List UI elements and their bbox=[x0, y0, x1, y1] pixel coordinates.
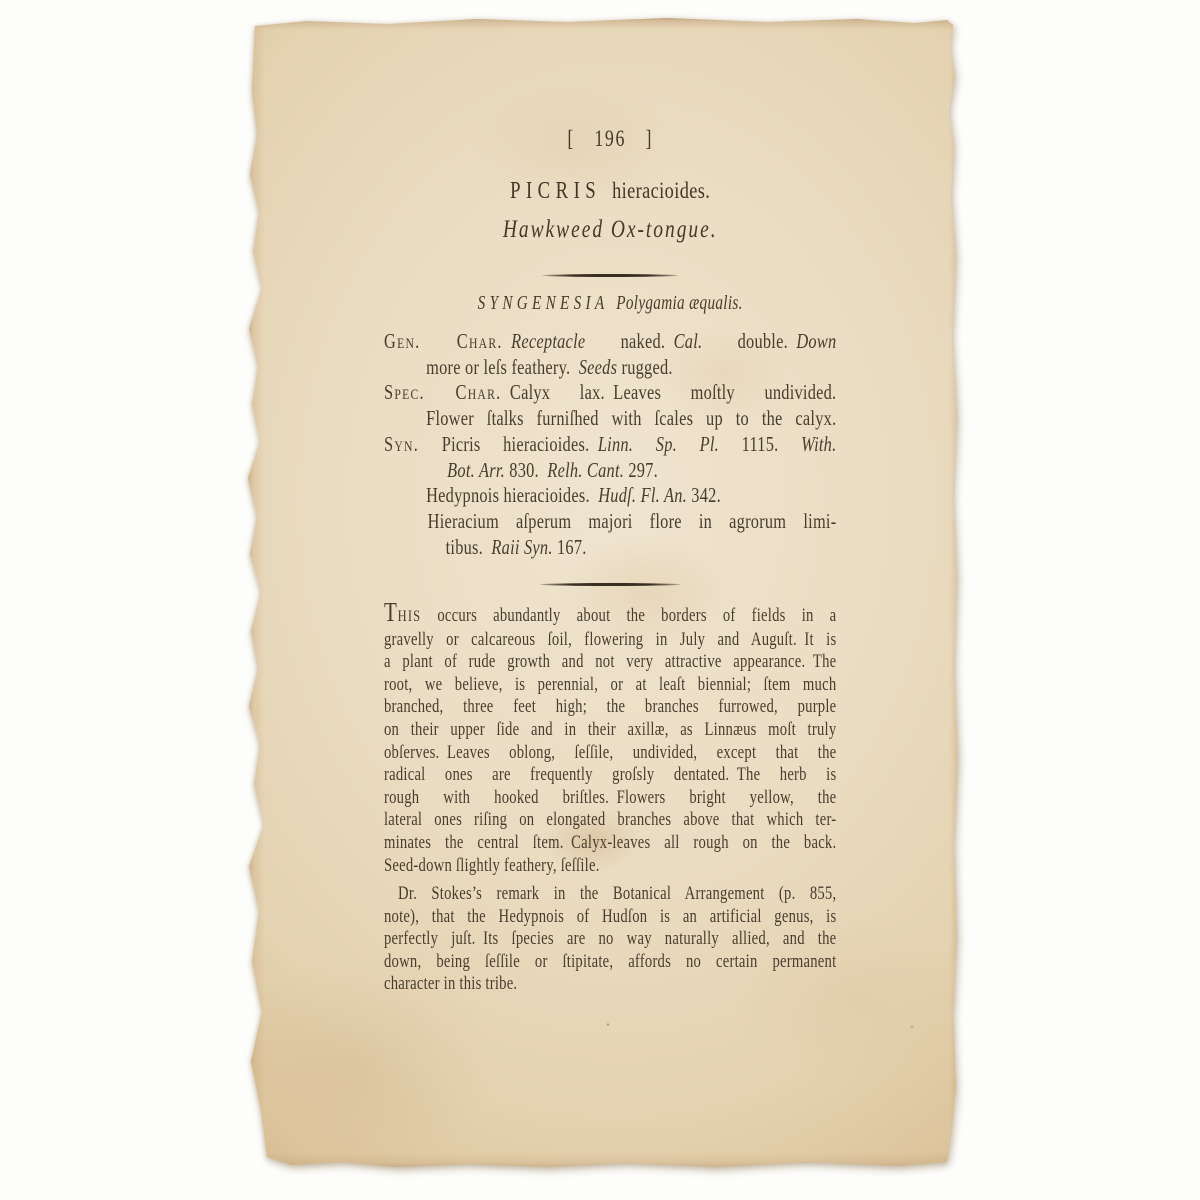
description-paragraph-1: THIS occurs abundantly about the borders… bbox=[384, 605, 836, 877]
text-line: radical ones are frequently groſsly dent… bbox=[384, 764, 836, 787]
common-name: Hawkweed Ox-tongue. bbox=[384, 216, 836, 244]
text-line: gravelly or calcareous ſoil, flowering i… bbox=[384, 629, 836, 652]
text-line: Dr. Stokes’s remark in the Botanical Arr… bbox=[384, 883, 836, 906]
text-line: Hedypnois hieracioides. Hudſ. Fl. An. 34… bbox=[384, 483, 836, 509]
text-line: Bot. Arr. 830. Relh. Cant. 297. bbox=[384, 458, 836, 484]
text-line: Seed-down ſlightly feathery, ſeſſile. bbox=[384, 855, 836, 878]
text-line: more or leſs feathery. Seeds rugged. bbox=[384, 355, 836, 381]
text-line: rough with hooked briſtles. Flowers brig… bbox=[384, 787, 836, 810]
text-line: Flower ſtalks furniſhed with ſcales up t… bbox=[384, 406, 836, 432]
section-divider-body bbox=[539, 583, 681, 586]
text-line: Spec. Char. Calyx lax. Leaves moſtly und… bbox=[384, 380, 836, 406]
text-line: character in this tribe. bbox=[384, 973, 836, 996]
species-title: PICRIShieracioides. bbox=[384, 178, 836, 205]
text-line: THIS occurs abundantly about the borders… bbox=[384, 605, 836, 629]
text-line: minates the central ſtem. Calyx-leaves a… bbox=[384, 832, 836, 855]
text-line: lateral ones riſing on elongated branche… bbox=[384, 809, 836, 832]
book-page: [ 196 ] PICRIShieracioides. Hawkweed Ox-… bbox=[247, 16, 959, 1170]
text-line: a plant of rude growth and not very attr… bbox=[384, 651, 836, 674]
synopsis-block: Gen. Char. Receptacle naked. Cal. double… bbox=[384, 329, 836, 560]
text-line: obſerves. Leaves oblong, ſeſſile, undivi… bbox=[384, 742, 836, 765]
species-epithet: hieracioides. bbox=[612, 178, 710, 204]
genus-name: PICRIS bbox=[510, 178, 601, 204]
text-line: root, we believe, is perennial, or at le… bbox=[384, 674, 836, 697]
text-line: down, being ſeſſile or ſtipitate, afford… bbox=[384, 951, 836, 974]
page-number: [ 196 ] bbox=[384, 126, 836, 152]
text-line: perfectly juſt. Its ſpecies are no way n… bbox=[384, 928, 836, 951]
section-divider-top bbox=[542, 274, 679, 277]
description-paragraph-2: Dr. Stokes’s remark in the Botanical Arr… bbox=[384, 883, 836, 996]
text-line: branched, three feet high; the branches … bbox=[384, 696, 836, 719]
text-line: Syn. Picris hieracioides. Linn. Sp. Pl. … bbox=[384, 432, 836, 458]
text-line: Gen. Char. Receptacle naked. Cal. double… bbox=[384, 329, 836, 355]
text-line: tibus. Raii Syn. 167. bbox=[384, 535, 836, 561]
text-line: note), that the Hedypnois of Hudſon is a… bbox=[384, 906, 836, 929]
order-name: Polygamia æqualis. bbox=[616, 293, 742, 314]
text-column: [ 196 ] PICRIShieracioides. Hawkweed Ox-… bbox=[384, 16, 836, 1170]
class-name: SYNGENESIA bbox=[478, 293, 609, 314]
text-line: on their upper ſide and in their axillæ,… bbox=[384, 719, 836, 742]
classification-heading: SYNGENESIAPolygamia æqualis. bbox=[384, 293, 836, 315]
book-page-wrapper: [ 196 ] PICRIShieracioides. Hawkweed Ox-… bbox=[247, 16, 959, 1170]
text-line: Hieracium aſperum majori flore in agroru… bbox=[384, 509, 836, 535]
